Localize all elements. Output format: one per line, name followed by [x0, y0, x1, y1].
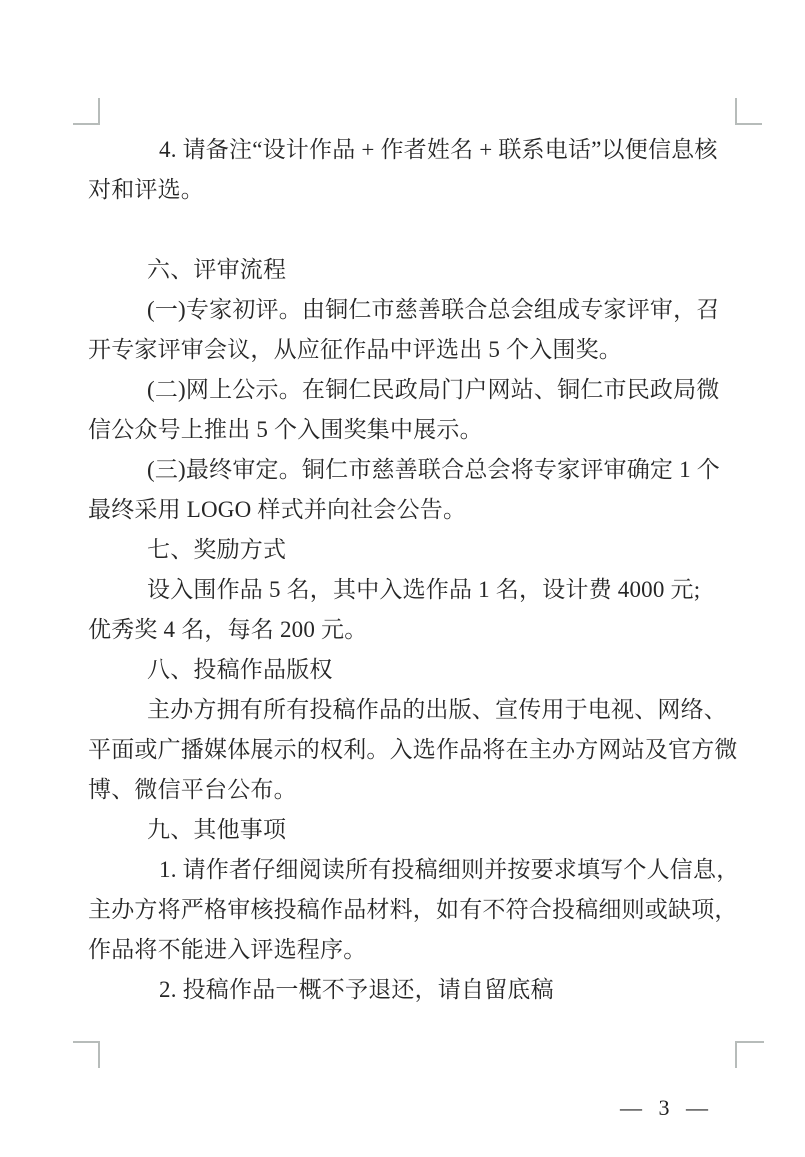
text-line: 八、投稿作品版权 [88, 650, 738, 690]
text-line: (三)最终审定。铜仁市慈善联合总会将专家评审确定 1 个 [88, 450, 738, 490]
margin-crop-mark-top-left [73, 98, 100, 125]
text-line: 优秀奖 4 名，每名 200 元。 [88, 610, 738, 650]
blank-line [88, 210, 738, 250]
margin-crop-mark-bottom-left [73, 1041, 100, 1068]
text-line: 4. 请备注“设计作品 + 作者姓名 + 联系电话”以便信息核 [88, 130, 738, 170]
text-line: 主办方将严格审核投稿作品材料，如有不符合投稿细则或缺项， [88, 890, 738, 930]
text-line: 六、评审流程 [88, 250, 738, 290]
text-line: 设入围作品 5 名，其中入选作品 1 名，设计费 4000 元; [88, 570, 738, 610]
page-number: — 3 — [620, 1095, 709, 1121]
text-line: 主办方拥有所有投稿作品的出版、宣传用于电视、网络、 [88, 690, 738, 730]
text-line: 九、其他事项 [88, 810, 738, 850]
text-line: 信公众号上推出 5 个入围奖集中展示。 [88, 410, 738, 450]
text-line: 最终采用 LOGO 样式并向社会公告。 [88, 490, 738, 530]
document-lines: 4. 请备注“设计作品 + 作者姓名 + 联系电话”以便信息核对和评选。六、评审… [88, 130, 738, 1010]
text-line: 开专家评审会议，从应征作品中评选出 5 个入围奖。 [88, 330, 738, 370]
text-line: 作品将不能进入评选程序。 [88, 930, 738, 970]
text-line: 平面或广播媒体展示的权利。入选作品将在主办方网站及官方微 [88, 730, 738, 770]
text-line: (一)专家初评。由铜仁市慈善联合总会组成专家评审，召 [88, 290, 738, 330]
margin-crop-mark-bottom-right [735, 1041, 764, 1068]
document-page: 4. 请备注“设计作品 + 作者姓名 + 联系电话”以便信息核对和评选。六、评审… [0, 0, 805, 1157]
text-line: 对和评选。 [88, 170, 738, 210]
text-line: (二)网上公示。在铜仁民政局门户网站、铜仁市民政局微 [88, 370, 738, 410]
text-line: 1. 请作者仔细阅读所有投稿细则并按要求填写个人信息， [88, 850, 738, 890]
margin-crop-mark-top-right [735, 98, 762, 125]
text-line: 2. 投稿作品一概不予退还，请自留底稿 [88, 970, 738, 1010]
text-line: 博、微信平台公布。 [88, 770, 738, 810]
text-line: 七、奖励方式 [88, 530, 738, 570]
